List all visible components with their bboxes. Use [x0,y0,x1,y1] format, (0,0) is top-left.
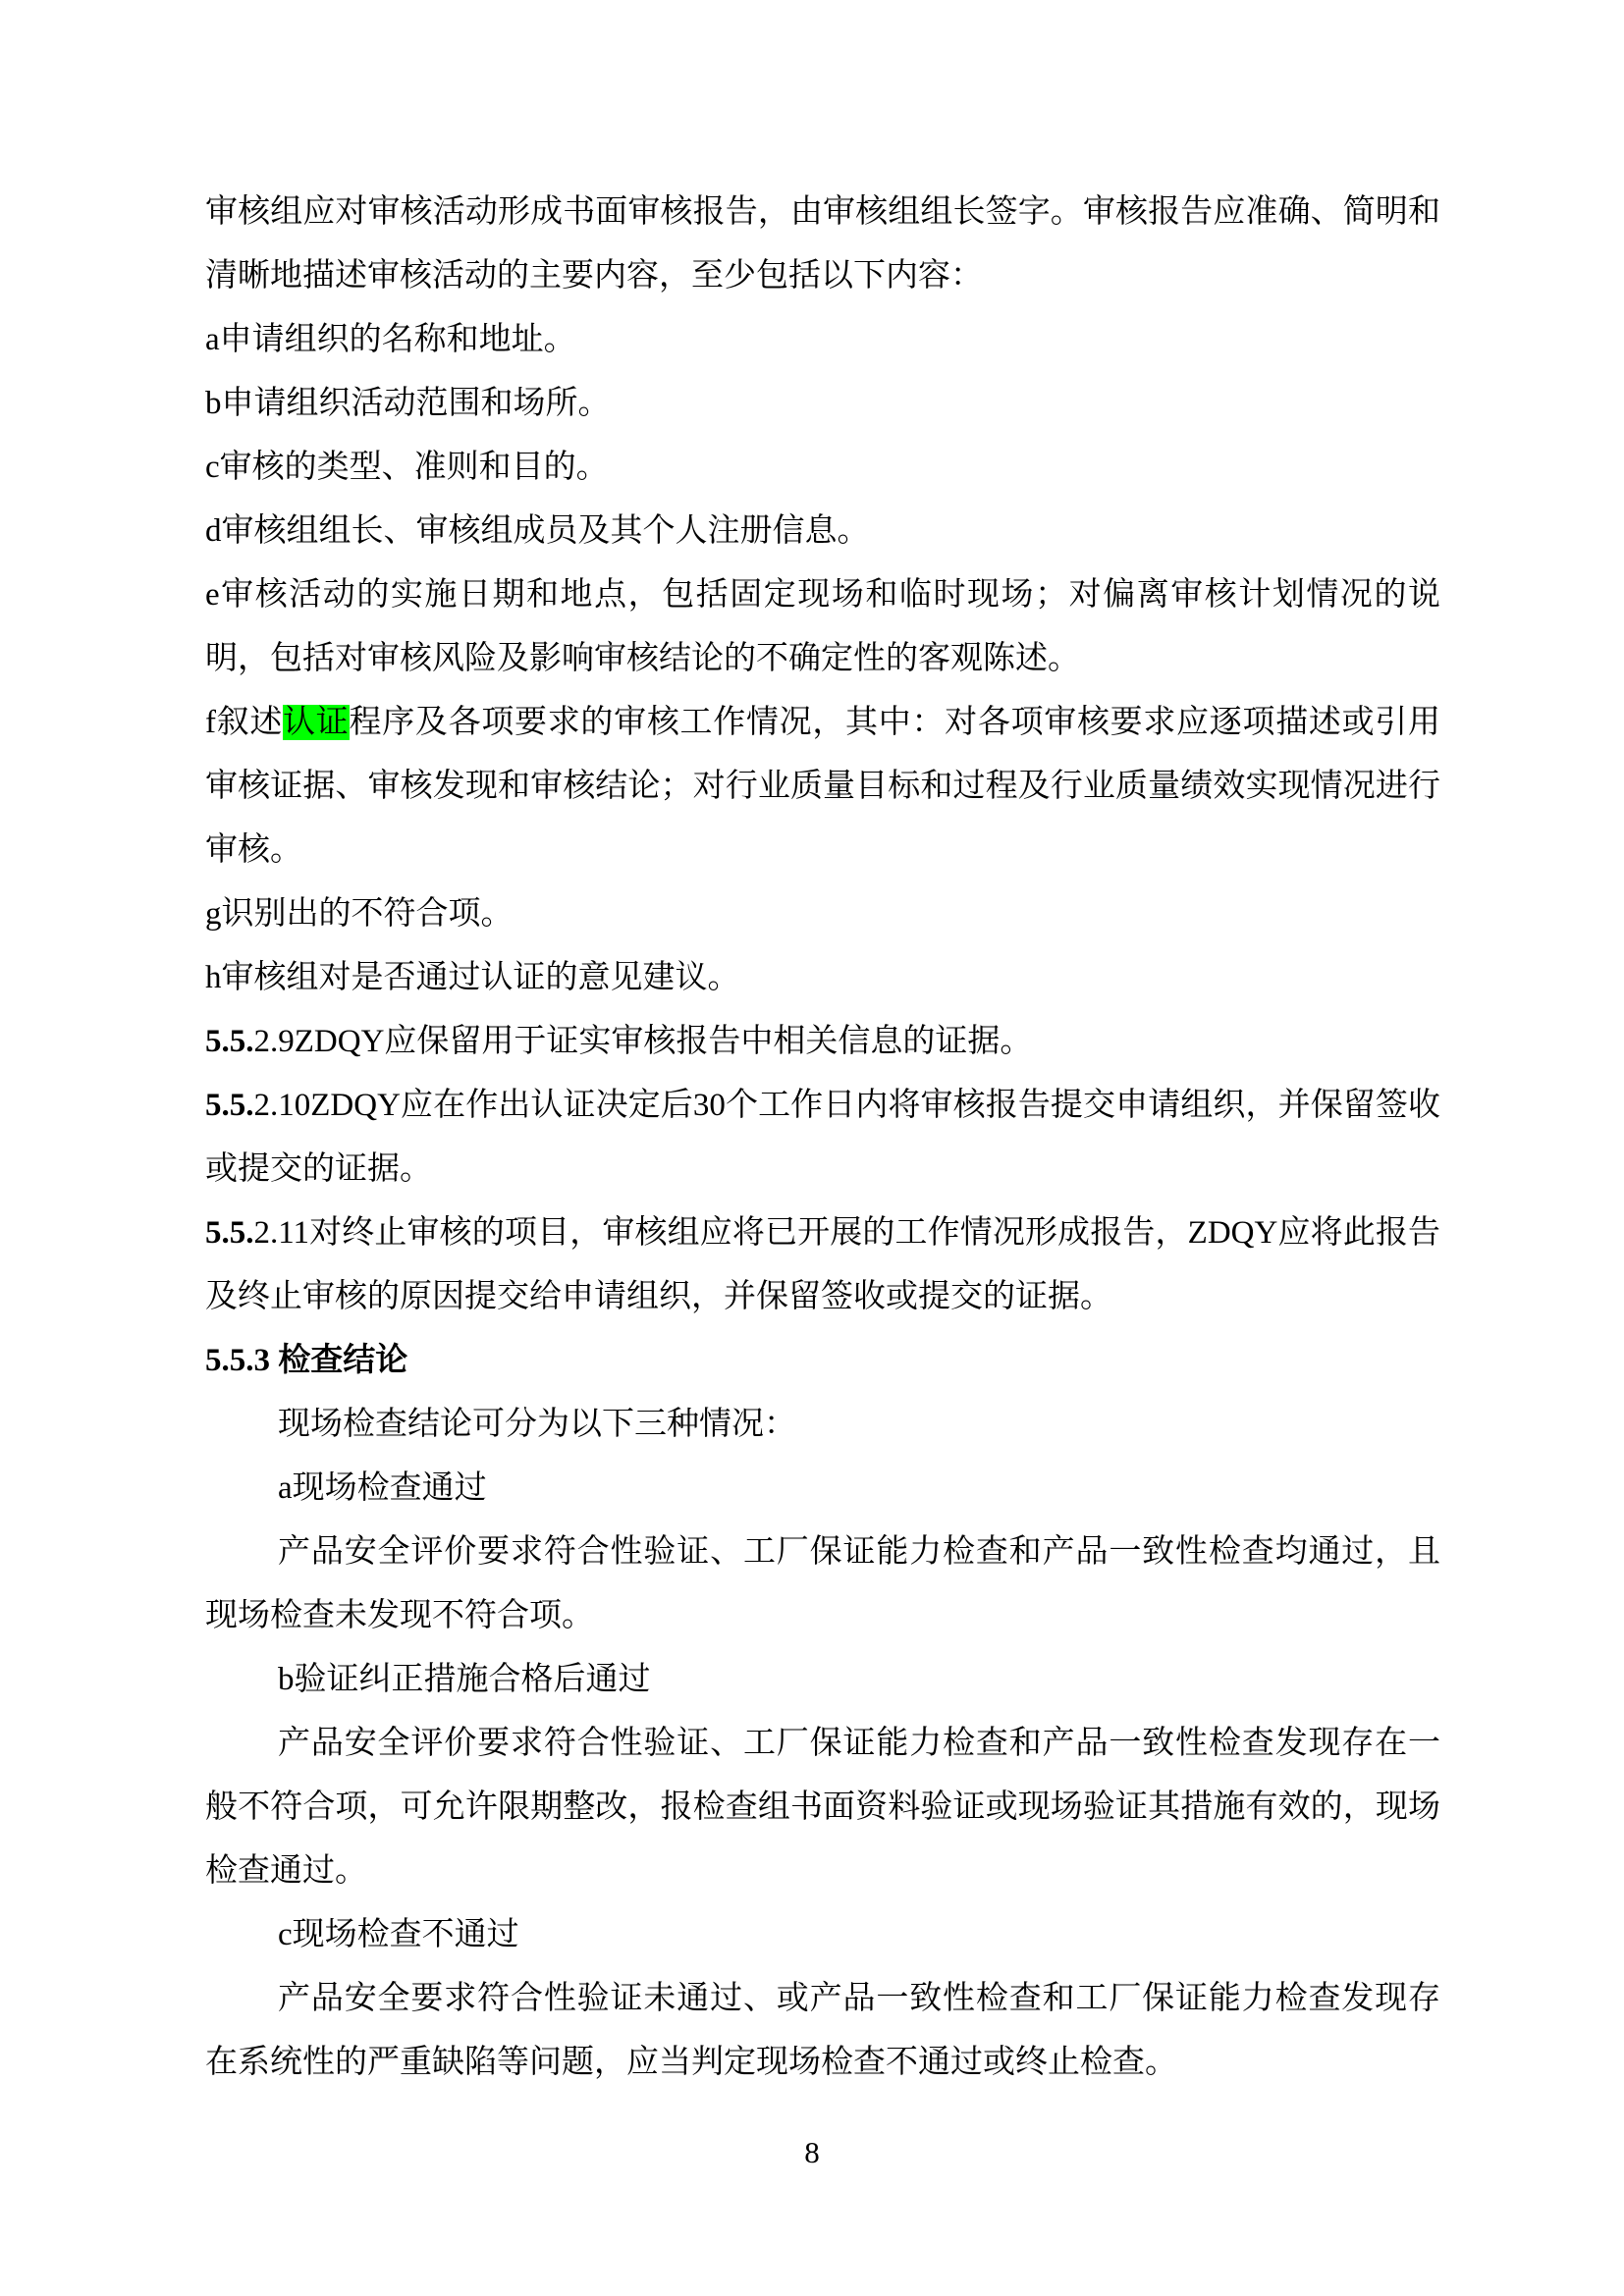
paragraph-conclusion-intro: 现场检查结论可分为以下三种情况： [205,1393,1440,1457]
paragraph-audit-report-intro: 审核组应对审核活动形成书面审核报告，由审核组组长签字。审核报告应准确、简明和清晰… [205,181,1440,308]
text-segment: 5.5. [205,1088,254,1123]
text-segment: 5.5.3 检查结论 [205,1343,407,1378]
list-item-d: d审核组组长、审核组成员及其个人注册信息。 [205,500,1440,563]
text-segment: e审核活动的实施日期和地点，包括固定现场和临时现场；对偏离审核计划情况的说明，包… [205,577,1440,676]
clause-5-5-2-10: 5.5.2.10ZDQY应在作出认证决定后30个工作日内将审核报告提交申请组织，… [205,1074,1440,1201]
list-item-e: e审核活动的实施日期和地点，包括固定现场和临时现场；对偏离审核计划情况的说明，包… [205,563,1440,691]
document-body: 审核组应对审核活动形成书面审核报告，由审核组组长签字。审核报告应准确、简明和清晰… [205,181,1440,2095]
text-segment: 5.5. [205,1024,254,1059]
text-segment: 2.10ZDQY应在作出认证决定后30个工作日内将审核报告提交申请组织，并保留签… [205,1088,1440,1187]
clause-5-5-2-9: 5.5.2.9ZDQY应保留用于证实审核报告中相关信息的证据。 [205,1010,1440,1074]
case-a-body: 产品安全评价要求符合性验证、工厂保证能力检查和产品一致性检查均通过，且现场检查未… [205,1521,1440,1648]
text-segment: c现场检查不通过 [278,1917,519,1952]
text-segment: a现场检查通过 [278,1470,487,1506]
case-a-title: a现场检查通过 [205,1457,1440,1521]
text-segment: 现场检查结论可分为以下三种情况： [278,1407,796,1442]
text-segment: 产品安全评价要求符合性验证、工厂保证能力检查和产品一致性检查均通过，且现场检查未… [205,1534,1440,1633]
list-item-h: h审核组对是否通过认证的意见建议。 [205,946,1440,1010]
case-c-title: c现场检查不通过 [205,1903,1440,1967]
case-c-body: 产品安全要求符合性验证未通过、或产品一致性检查和工厂保证能力检查发现存在系统性的… [205,1967,1440,2095]
highlighted-text: 认证 [283,705,349,740]
text-segment: 产品安全评价要求符合性验证、工厂保证能力检查和产品一致性检查发现存在一般不符合项… [205,1726,1440,1889]
document-page: 审核组应对审核活动形成书面审核报告，由审核组组长签字。审核报告应准确、简明和清晰… [0,0,1624,2296]
text-segment: 2.11对终止审核的项目，审核组应将已开展的工作情况形成报告，ZDQY应将此报告… [205,1215,1440,1314]
text-segment: 5.5. [205,1215,254,1251]
text-segment: f叙述 [205,705,283,740]
case-b-body: 产品安全评价要求符合性验证、工厂保证能力检查和产品一致性检查发现存在一般不符合项… [205,1712,1440,1903]
list-item-a: a申请组织的名称和地址。 [205,308,1440,372]
text-segment: 审核组应对审核活动形成书面审核报告，由审核组组长签字。审核报告应准确、简明和清晰… [205,194,1440,294]
text-segment: b验证纠正措施合格后通过 [278,1662,651,1697]
text-segment: g识别出的不符合项。 [205,896,514,932]
text-segment: c审核的类型、准则和目的。 [205,450,609,485]
list-item-f: f叙述认证程序及各项要求的审核工作情况，其中：对各项审核要求应逐项描述或引用审核… [205,691,1440,882]
page-number: 8 [0,2120,1624,2184]
text-segment: h审核组对是否通过认证的意见建议。 [205,960,740,995]
clause-5-5-2-11: 5.5.2.11对终止审核的项目，审核组应将已开展的工作情况形成报告，ZDQY应… [205,1201,1440,1329]
list-item-c: c审核的类型、准则和目的。 [205,436,1440,500]
list-item-g: g识别出的不符合项。 [205,882,1440,946]
case-b-title: b验证纠正措施合格后通过 [205,1648,1440,1712]
heading-5-5-3: 5.5.3 检查结论 [205,1329,1440,1393]
list-item-b: b申请组织活动范围和场所。 [205,372,1440,436]
text-segment: d审核组组长、审核组成员及其个人注册信息。 [205,513,870,549]
text-segment: a申请组织的名称和地址。 [205,322,576,357]
text-segment: 2.9ZDQY应保留用于证实审核报告中相关信息的证据。 [254,1024,1033,1059]
text-segment: b申请组织活动范围和场所。 [205,386,611,421]
text-segment: 程序及各项要求的审核工作情况，其中：对各项审核要求应逐项描述或引用审核证据、审核… [205,705,1440,868]
text-segment: 产品安全要求符合性验证未通过、或产品一致性检查和工厂保证能力检查发现存在系统性的… [205,1981,1440,2080]
